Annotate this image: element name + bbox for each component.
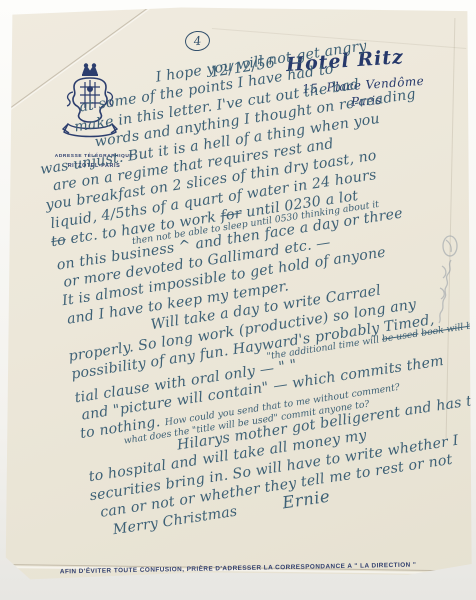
- page-number-value: 4: [193, 34, 202, 49]
- page-number: 4: [184, 30, 211, 53]
- letter-paper: 4 ADRESSE TÉLÉGRAPHIQUE RITZOTEL-PARIS H…: [2, 4, 474, 596]
- margin-pencil-scribble-icon: [430, 232, 464, 336]
- footer-notice-french: AFIN D'ÉVITER TOUTE CONFUSION, PRIÈRE D'…: [21, 561, 455, 576]
- footer-notice-english: IN ORDER TO AVOID CONFUSION, KINDLY ADDR…: [21, 576, 455, 591]
- letter-body: I hope you will not get angryat some of …: [28, 19, 476, 543]
